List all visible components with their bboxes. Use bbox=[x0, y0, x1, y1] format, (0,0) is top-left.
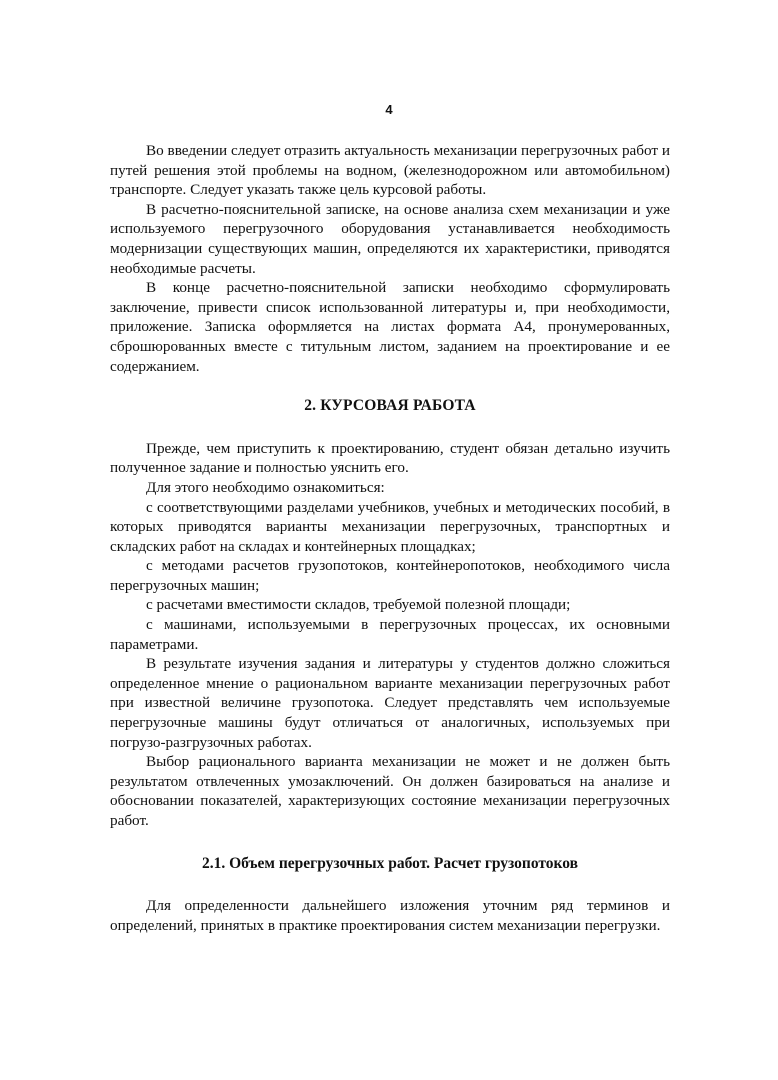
section-heading-cargo-flow: 2.1. Объем перегрузочных работ. Расчет г… bbox=[110, 854, 670, 874]
section-2-list-item-4: с машинами, используемыми в перегрузочны… bbox=[110, 615, 670, 654]
intro-paragraph-1: Во введении следует отразить актуальност… bbox=[110, 141, 670, 200]
page-content: Во введении следует отразить актуальност… bbox=[110, 141, 670, 935]
document-page: 4 Во введении следует отразить актуально… bbox=[0, 0, 778, 1080]
section-2-1-paragraph-1: Для определенности дальнейшего изложения… bbox=[110, 896, 670, 935]
section-2-paragraph-3: В результате изучения задания и литерату… bbox=[110, 654, 670, 752]
page-number: 4 bbox=[0, 102, 778, 117]
section-2-paragraph-1: Прежде, чем приступить к проектированию,… bbox=[110, 439, 670, 478]
section-2-paragraph-4: Выбор рационального варианта механизации… bbox=[110, 752, 670, 830]
section-2-paragraph-2: Для этого необходимо ознакомиться: bbox=[110, 478, 670, 498]
section-2-list-item-3: с расчетами вместимости складов, требуем… bbox=[110, 595, 670, 615]
intro-paragraph-2: В расчетно-пояснительной записке, на осн… bbox=[110, 200, 670, 278]
section-2-list-item-1: с соответствующими разделами учебников, … bbox=[110, 498, 670, 557]
section-2-list-item-2: с методами расчетов грузопотоков, контей… bbox=[110, 556, 670, 595]
intro-paragraph-3: В конце расчетно-пояснительной записки н… bbox=[110, 278, 670, 376]
section-heading-course-work: 2. КУРСОВАЯ РАБОТА bbox=[110, 396, 670, 416]
